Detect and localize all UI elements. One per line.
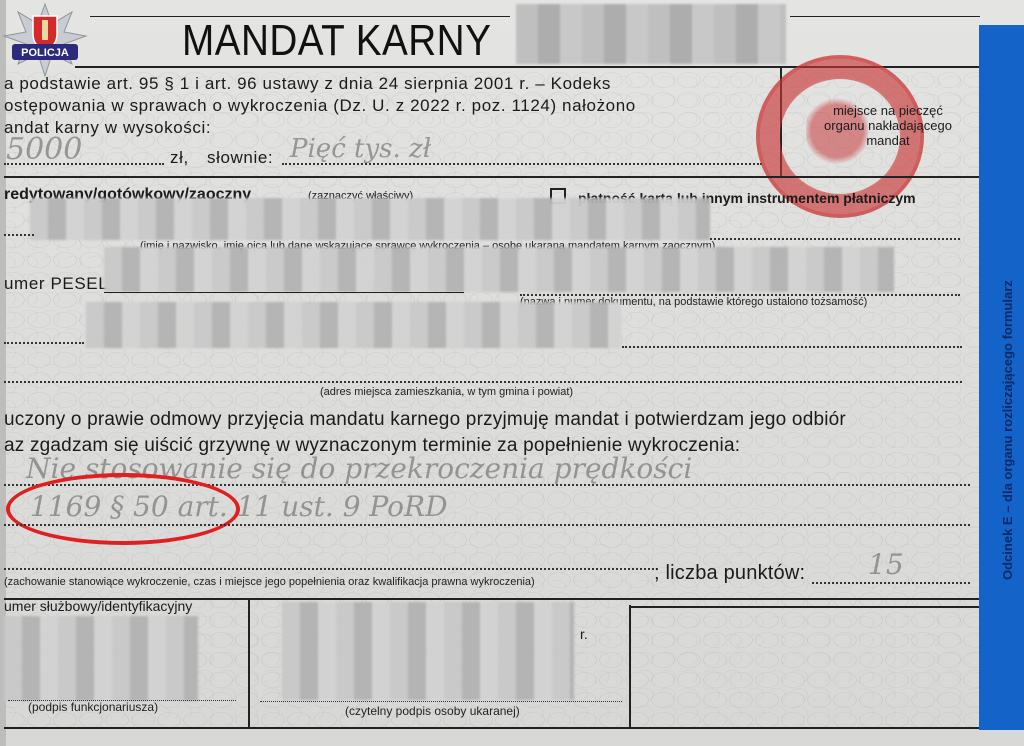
- signature-section-bottom-rule: [4, 727, 1001, 729]
- svg-text:POLICJA: POLICJA: [21, 47, 69, 59]
- redacted-address: [86, 302, 621, 348]
- police-star-badge-icon: POLICJA: [2, 2, 88, 80]
- officer-id-label: umer służbowy/identyfikacyjny: [4, 598, 192, 614]
- highlight-ellipse: [6, 473, 240, 545]
- stamp-box-label-line-1: miejsce na pieczęć: [808, 103, 968, 118]
- pesel-label: umer PESEL: [4, 274, 108, 294]
- amount-dotted-line: [4, 163, 164, 165]
- signature-divider-1: [248, 598, 250, 728]
- officer-signature-caption: (podpis funkcjonariusza): [28, 700, 158, 714]
- stamp-box-label: miejsce na pieczęć organu nakładającego …: [808, 103, 968, 148]
- person-signature-line: [260, 701, 622, 702]
- points-dotted-line: [812, 582, 970, 584]
- redacted-person-signature: [282, 602, 574, 700]
- document-title: MANDAT KARNY: [182, 16, 491, 66]
- in-words-label: słownie:: [207, 148, 273, 168]
- offense-dotted-line-2: [4, 524, 970, 526]
- amount-section-bottom-rule: [4, 176, 980, 178]
- intro-line-2: ostępowania w sprawach o wykroczenia (Dz…: [4, 96, 636, 116]
- pesel-underline: [104, 292, 464, 293]
- stamp-box-label-line-3: mandat: [808, 133, 968, 148]
- address-dotted-line-left: [4, 342, 84, 344]
- side-strip-label: Odcinek E – dla organu rozliczającego fo…: [1000, 280, 1015, 580]
- points-handwritten: 15: [868, 548, 904, 581]
- signature-divider-2: [629, 605, 631, 728]
- redacted-pesel-and-document: [104, 247, 894, 292]
- in-words-handwritten: Pięć tys. zł: [290, 134, 431, 164]
- intro-line-1: a podstawie art. 95 § 1 i art. 96 ustawy…: [4, 74, 611, 94]
- offense-caption: (zachowanie stanowiące wykroczenie, czas…: [4, 576, 535, 588]
- amount-handwritten: 5000: [6, 132, 82, 167]
- stamp-box-label-line-2: organu nakładającego: [808, 118, 968, 133]
- ticket-page: POLICJA MANDAT KARNY a podstawie art. 95…: [0, 0, 1024, 746]
- redacted-serial-number: [516, 4, 786, 64]
- right-box-top-rule: [629, 606, 1001, 608]
- redacted-person-name: [30, 198, 710, 240]
- person-signature-caption: (czytelny podpis osoby ukaranej): [345, 704, 520, 718]
- person-dotted-line-right: [710, 238, 960, 240]
- date-suffix: r.: [580, 626, 588, 642]
- address-caption: (adres miejsca zamieszkania, w tym gmina…: [320, 386, 573, 398]
- address-dotted-line-right: [622, 346, 962, 348]
- person-dotted-line-left: [4, 234, 34, 236]
- offense-dotted-line-3: [4, 568, 654, 570]
- title-top-rule-right: [790, 16, 980, 17]
- currency-label: zł,: [170, 148, 189, 168]
- points-label: ; liczba punktów:: [654, 562, 805, 585]
- address-dotted-line-2: [4, 381, 962, 383]
- declaration-line-1: uczony o prawie odmowy przyjęcia mandatu…: [4, 409, 846, 431]
- redacted-officer-id: [4, 616, 198, 701]
